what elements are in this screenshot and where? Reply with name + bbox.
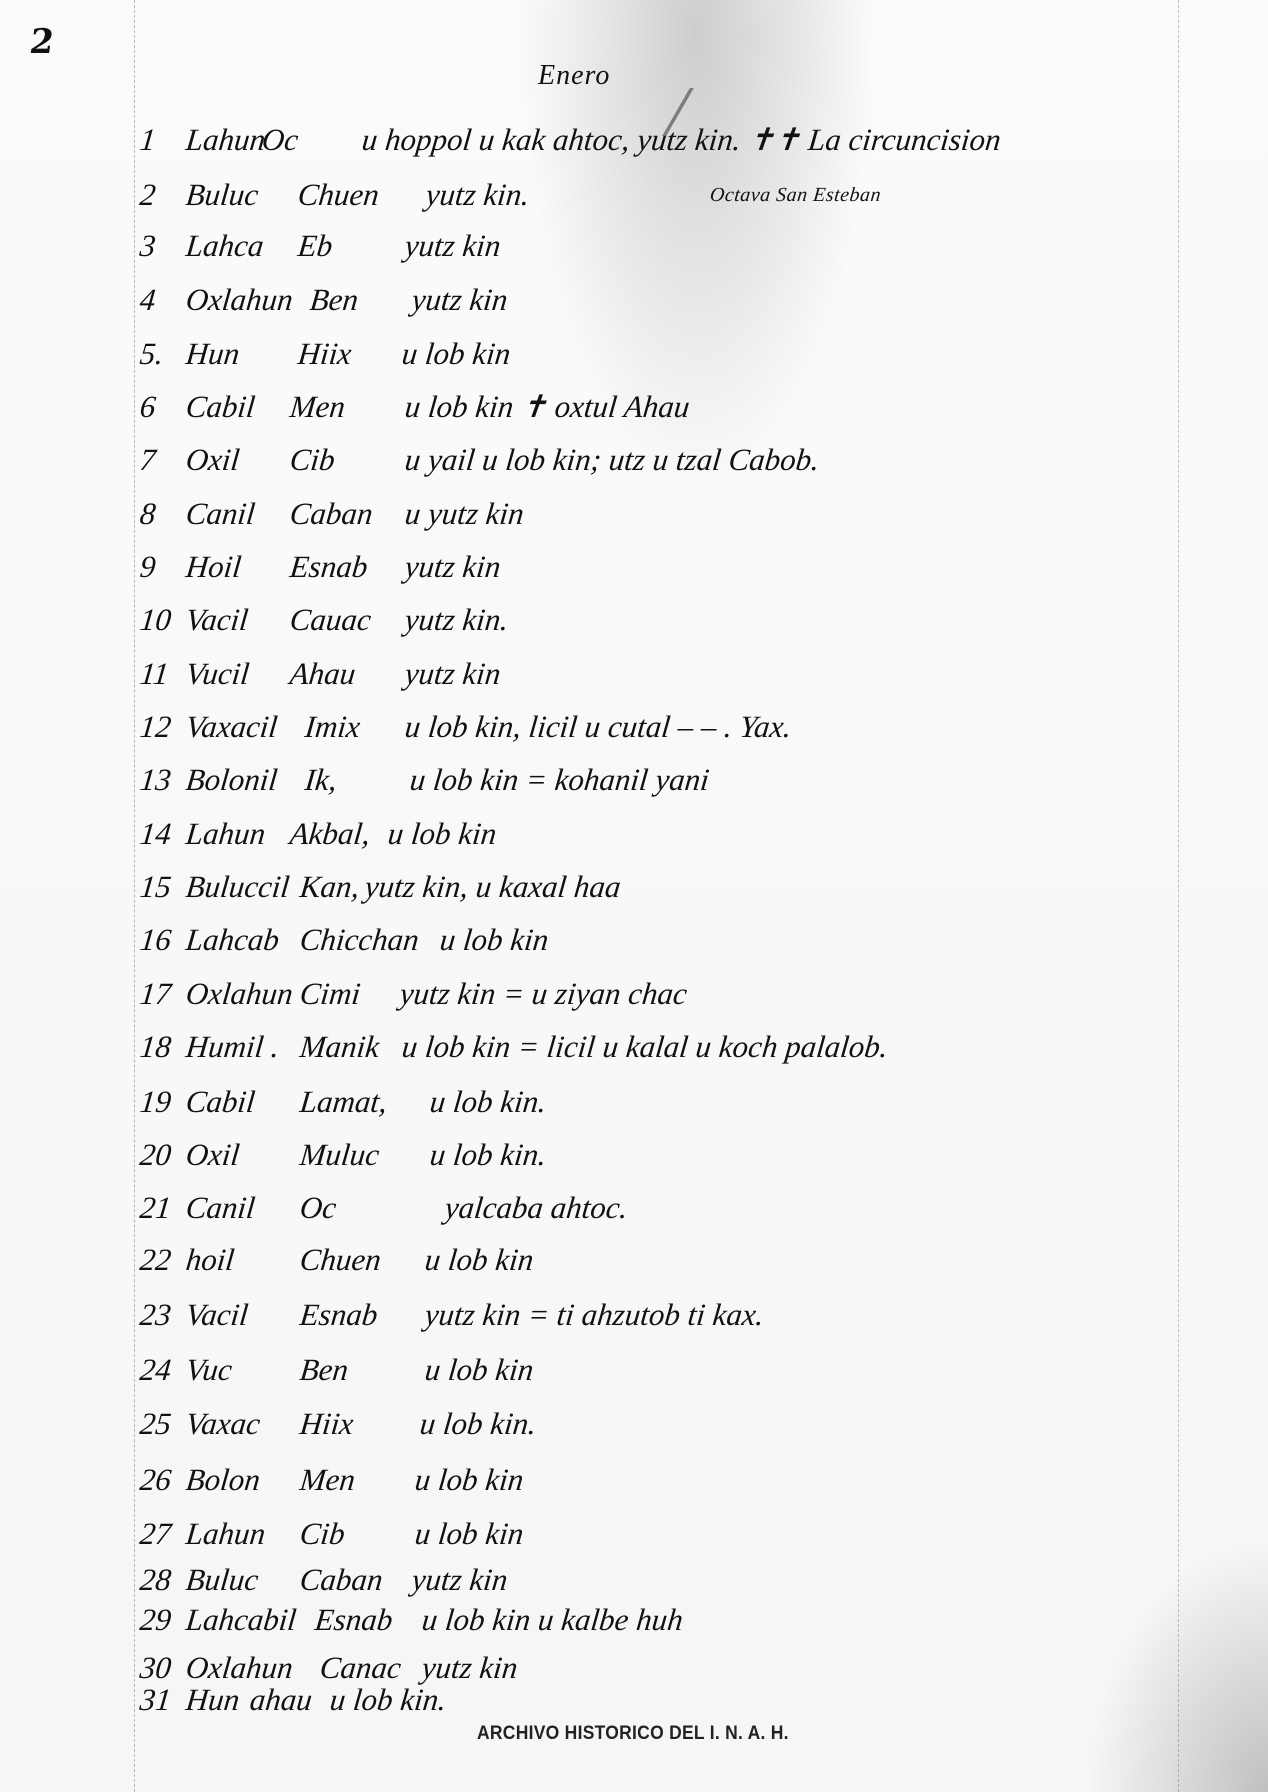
calendar-entry: 21CanilOcyalcaba ahtoc. [138, 1188, 142, 1228]
entry-sign: Ahau [288, 654, 358, 694]
entry-number: 11 [138, 654, 182, 694]
calendar-entry: 13BolonilIk,u lob kin = kohanil yani [138, 760, 142, 800]
entry-note: u lob kin. [428, 1082, 548, 1122]
entry-number: 17 [138, 974, 182, 1014]
calendar-entry: 25VaxacHiixu lob kin. [138, 1404, 142, 1444]
entry-note: u lob kin [413, 1460, 526, 1500]
entry-sign: Caban [298, 1560, 385, 1600]
entry-sign: Ben [298, 1350, 350, 1390]
entry-day: Hun [184, 334, 242, 374]
calendar-entry: 5.HunHiixu lob kin [138, 334, 142, 374]
entry-note: yutz kin. [424, 175, 532, 215]
entry-note: u lob kin = licil u kalal u koch palalob… [400, 1027, 890, 1067]
entry-number: 22 [138, 1240, 182, 1280]
entry-note: yutz kin, u kaxal haa [363, 867, 623, 907]
entry-note: yutz kin [410, 1560, 510, 1600]
entry-note: u lob kin [423, 1240, 536, 1280]
entry-sign: Caban [288, 494, 375, 534]
entry-day: Buluc [184, 175, 261, 215]
entry-number: 4 [138, 280, 182, 320]
entry-number: 21 [138, 1188, 182, 1228]
calendar-entry: 2BulucChuenyutz kin.Octava San Esteban [138, 175, 142, 215]
entry-note: u yutz kin [403, 494, 526, 534]
entry-day: Vaxac [184, 1404, 262, 1444]
calendar-entry: 12VaxacilImixu lob kin, licil u cutal – … [138, 707, 142, 747]
calendar-entry: 22hoilChuenu lob kin [138, 1240, 142, 1280]
entry-number: 14 [138, 814, 182, 854]
entry-note: yutz kin = u ziyan chac [398, 974, 689, 1014]
entry-note: u lob kin [386, 814, 499, 854]
entry-sign: Lamat, [298, 1082, 389, 1122]
entry-number: 1 [138, 120, 182, 160]
entry-day: Oxil [184, 440, 242, 480]
calendar-entry: 8CanilCabanu yutz kin [138, 494, 142, 534]
entry-number: 12 [138, 707, 182, 747]
calendar-entry: 9HoilEsnabyutz kin [138, 547, 142, 587]
entry-note: u lob kin ✝ oxtul Ahau [403, 387, 692, 427]
entry-number: 6 [138, 387, 182, 427]
calendar-entry: 24VucBenu lob kin [138, 1350, 142, 1390]
entry-day: Buluc [184, 1560, 261, 1600]
entry-day: Lahun [184, 814, 267, 854]
calendar-entry: 16LahcabChicchanu lob kin [138, 920, 142, 960]
entry-note: u lob kin = kohanil yani [408, 760, 711, 800]
entry-number: 2 [138, 175, 182, 215]
calendar-entry: 6CabilMenu lob kin ✝ oxtul Ahau [138, 387, 142, 427]
entry-number: 15 [138, 867, 182, 907]
entry-day: Vacil [184, 1295, 250, 1335]
entry-sign: Cib [298, 1514, 347, 1554]
entry-day: Lahca [184, 226, 266, 266]
entry-note: yutz kin = ti ahzutob ti kax. [423, 1295, 766, 1335]
calendar-entry: 3LahcaEbyutz kin [138, 226, 142, 266]
entry-day: Lahcabil [184, 1600, 298, 1640]
entry-sign: Men [298, 1460, 357, 1500]
calendar-entry: 17OxlahunCimiyutz kin = u ziyan chac [138, 974, 142, 1014]
entry-side-note: Octava San Esteban [708, 175, 883, 215]
entry-sign: Akbal, [288, 814, 372, 854]
calendar-entry: 28BulucCabanyutz kin [138, 1560, 142, 1600]
entry-note: u lob kin. [328, 1680, 448, 1720]
entry-day: Oxil [184, 1135, 242, 1175]
entry-day: Cabil [184, 387, 257, 427]
entry-sign: Muluc [298, 1135, 381, 1175]
entry-note: yalcaba ahtoc. [443, 1188, 630, 1228]
entry-sign: Cauac [288, 600, 373, 640]
entry-note: u lob kin. [428, 1135, 548, 1175]
entry-day: Cabil [184, 1082, 257, 1122]
entry-note: u lob kin [438, 920, 551, 960]
entry-day: Vaxacil [184, 707, 279, 747]
entry-note: yutz kin [403, 547, 503, 587]
calendar-entry: 27LahunCibu lob kin [138, 1514, 142, 1554]
entry-note: yutz kin [410, 280, 510, 320]
calendar-entry: 10VacilCauacyutz kin. [138, 600, 142, 640]
entry-day: Oxlahun [184, 280, 295, 320]
archive-stamp: ARCHIVO HISTORICO DEL I. N. A. H. [477, 1723, 789, 1745]
entry-day: Vuc [184, 1350, 234, 1390]
calendar-entries: 1LahunOcu hoppol u kak ahtoc, yutz kin. … [0, 0, 1268, 1792]
entry-number: 3 [138, 226, 182, 266]
entry-sign: Oc [298, 1188, 338, 1228]
entry-number: 18 [138, 1027, 182, 1067]
entry-day: Humil . [184, 1027, 281, 1067]
entry-day: Hun [184, 1680, 242, 1720]
entry-note: u hoppol u kak ahtoc, yutz kin. ✝✝ La ci… [360, 120, 1003, 160]
entry-day: Hoil [184, 547, 243, 587]
entry-note: u lob kin [413, 1514, 526, 1554]
entry-number: 19 [138, 1082, 182, 1122]
entry-sign: Manik [298, 1027, 381, 1067]
entry-sign: Esnab [298, 1295, 380, 1335]
calendar-entry: 4OxlahunBenyutz kin [138, 280, 142, 320]
entry-day: Lahcab [184, 920, 281, 960]
entry-note: u lob kin u kalbe huh [420, 1600, 685, 1640]
calendar-entry: 19CabilLamat,u lob kin. [138, 1082, 142, 1122]
entry-note: u lob kin, licil u cutal – – . Yax. [403, 707, 794, 747]
entry-sign: Eb [296, 226, 335, 266]
entry-number: 24 [138, 1350, 182, 1390]
calendar-entry: 14LahunAkbal,u lob kin [138, 814, 142, 854]
entry-day: Vucil [184, 654, 251, 694]
entry-number: 31 [138, 1680, 182, 1720]
manuscript-page: 2 Enero 1LahunOcu hoppol u kak ahtoc, yu… [0, 0, 1268, 1792]
entry-number: 8 [138, 494, 182, 534]
entry-number: 23 [138, 1295, 182, 1335]
entry-day: Bolon [184, 1460, 262, 1500]
entry-note: u lob kin. [418, 1404, 538, 1444]
entry-sign: Men [288, 387, 347, 427]
entry-number: 20 [138, 1135, 182, 1175]
entry-day: Canil [184, 494, 257, 534]
entry-note: yutz kin. [403, 600, 511, 640]
entry-day: Oxlahun [184, 974, 295, 1014]
calendar-entry: 7OxilCibu yail u lob kin; utz u tzal Cab… [138, 440, 142, 480]
entry-day: Bolonil [184, 760, 279, 800]
calendar-entry: 11VucilAhauyutz kin [138, 654, 142, 694]
entry-sign: Ben [308, 280, 360, 320]
entry-day: Lahun [184, 120, 267, 160]
entry-sign: Cimi [298, 974, 363, 1014]
entry-sign: Kan, [298, 867, 362, 907]
entry-note: yutz kin [403, 226, 503, 266]
entry-sign: Oc [260, 120, 300, 160]
calendar-entry: 1LahunOcu hoppol u kak ahtoc, yutz kin. … [138, 120, 142, 160]
calendar-entry: 15BuluccilKan,yutz kin, u kaxal haa [138, 867, 142, 907]
entry-sign: Hiix [298, 1404, 356, 1444]
entry-sign: Esnab [313, 1600, 395, 1640]
entry-number: 29 [138, 1600, 182, 1640]
entry-number: 13 [138, 760, 182, 800]
calendar-entry: 20OxilMulucu lob kin. [138, 1135, 142, 1175]
entry-sign: Imix [303, 707, 362, 747]
entry-number: 7 [138, 440, 182, 480]
entry-number: 27 [138, 1514, 182, 1554]
calendar-entry: 29LahcabilEsnabu lob kin u kalbe huh [138, 1600, 142, 1640]
entry-sign: Cib [288, 440, 337, 480]
entry-day: Canil [184, 1188, 257, 1228]
entry-number: 16 [138, 920, 182, 960]
entry-day: Vacil [184, 600, 250, 640]
entry-sign: Chuen [296, 175, 381, 215]
entry-day: Lahun [184, 1514, 267, 1554]
entry-sign: Chicchan [298, 920, 421, 960]
entry-sign: Hiix [296, 334, 354, 374]
entry-sign: Chuen [298, 1240, 383, 1280]
entry-number: 28 [138, 1560, 182, 1600]
calendar-entry: 23VacilEsnabyutz kin = ti ahzutob ti kax… [138, 1295, 142, 1335]
entry-note: u yail u lob kin; utz u tzal Cabob. [403, 440, 821, 480]
entry-number: 25 [138, 1404, 182, 1444]
entry-day: Buluccil [184, 867, 292, 907]
entry-sign: Esnab [288, 547, 370, 587]
entry-sign: Ik, [303, 760, 339, 800]
entry-number: 10 [138, 600, 182, 640]
calendar-entry: 26BolonMenu lob kin [138, 1460, 142, 1500]
entry-number: 5. [138, 334, 182, 374]
entry-number: 26 [138, 1460, 182, 1500]
entry-note: yutz kin [403, 654, 503, 694]
entry-note: u lob kin [423, 1350, 536, 1390]
entry-sign: ahau [248, 1680, 314, 1720]
entry-number: 9 [138, 547, 182, 587]
entry-note: u lob kin [400, 334, 513, 374]
calendar-entry: 18Humil .Maniku lob kin = licil u kalal … [138, 1027, 142, 1067]
entry-day: hoil [184, 1240, 236, 1280]
